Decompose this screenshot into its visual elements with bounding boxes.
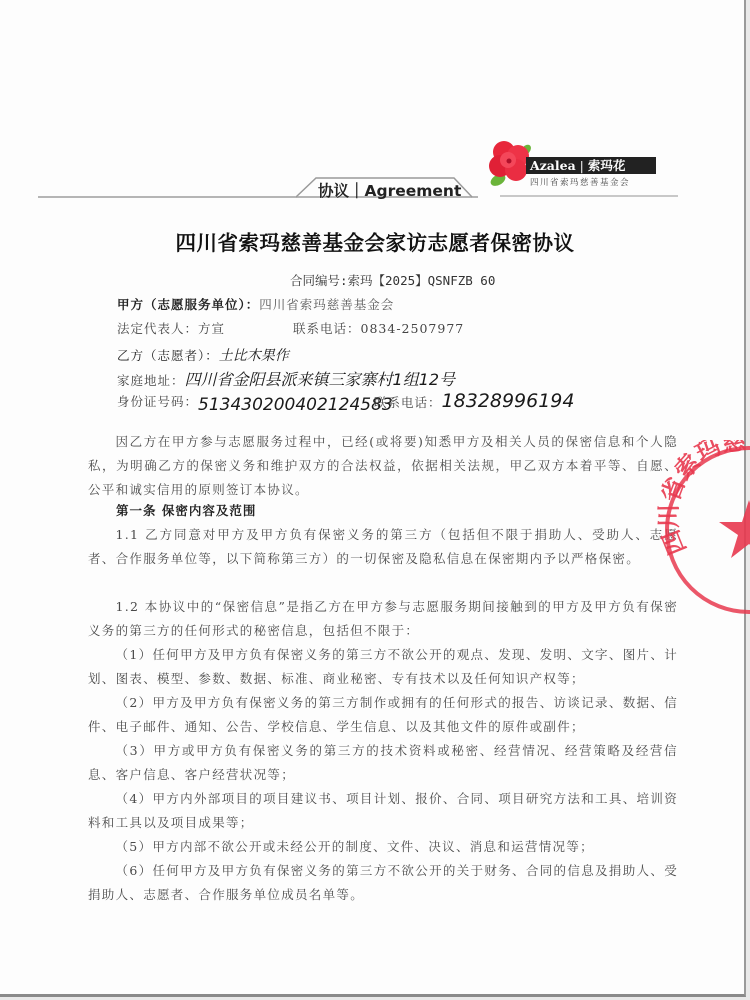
logo-brand-bar: Azalea | 索玛花	[526, 157, 656, 174]
party-a-value: 四川省索玛慈善基金会	[259, 297, 394, 312]
agreement-banner: 协议｜Agreement	[318, 179, 461, 201]
clause-item-3: （3）甲方或甲方负有保密义务的第三方的技术资料或秘密、经营情况、经营策略及经营信…	[88, 739, 678, 787]
legal-rep-value: 方宣	[198, 321, 225, 336]
party-a-row: 甲方（志愿服务单位）：四川省索玛慈善基金会	[117, 295, 394, 313]
party-b-label: 乙方（志愿者）：	[117, 348, 219, 363]
legal-rep-label: 法定代表人：	[117, 321, 198, 336]
party-b-row: 乙方（志愿者）：土比木果作	[117, 345, 289, 365]
party-b-phone-value: 18328996194	[442, 390, 575, 412]
legal-rep-row: 法定代表人：方宣	[117, 319, 225, 337]
clause-item-4: （4）甲方内外部项目的项目建议书、项目计划、报价、合同、项目研究方法和工具、培训…	[88, 787, 678, 835]
party-b-signature: 土比木果作	[219, 348, 289, 364]
clause-item-6: （6）任何甲方及甲方负有保密义务的第三方不欲公开的关于财务、合同的信息及捐助人、…	[88, 859, 678, 907]
party-a-label: 甲方（志愿服务单位）：	[117, 297, 259, 312]
logo-org-subtitle: 四川省索玛慈善基金会	[530, 176, 630, 188]
logo-brand-cn: 索玛花	[588, 158, 626, 173]
contract-number: 合同编号:索玛【2025】QSNFZB 60	[290, 271, 495, 289]
banner-divider-right	[500, 195, 678, 197]
article-1-heading: 第一条 保密内容及范围	[116, 501, 256, 519]
address-label: 家庭地址：	[117, 373, 185, 388]
address-value: 四川省金阳县派来镇三家寨村1组12号	[185, 370, 456, 389]
svg-text:四川省索玛慈: 四川省索玛慈	[657, 440, 747, 559]
clause-item-1: （1）任何甲方及甲方负有保密义务的第三方不欲公开的观点、发现、发明、文字、图片、…	[88, 643, 678, 691]
party-b-phone-label: 联系电话：	[374, 395, 442, 410]
foundation-logo: Azalea | 索玛花 四川省索玛慈善基金会	[486, 138, 676, 194]
party-a-phone-value: 0834-2507977	[361, 321, 465, 336]
clause-item-5: （5）甲方内部不欲公开或未经公开的制度、文件、决议、消息和运营情况等；	[88, 835, 678, 859]
id-value: 513430200402124583	[198, 395, 393, 415]
clause-1-2: 1.2 本协议中的“保密信息”是指乙方在甲方参与志愿服务期间接触到的甲方及甲方负…	[88, 595, 678, 643]
intro-paragraph: 因乙方在甲方参与志愿服务过程中，已经(或将要)知悉甲方及相关人员的保密信息和个人…	[88, 430, 678, 502]
party-a-phone-row: 联系电话：0834-2507977	[293, 319, 464, 337]
official-seal-stamp: 四川省索玛慈	[657, 440, 750, 620]
seal-text: 四川省索玛慈	[657, 440, 747, 559]
logo-brand-en: Azalea	[530, 158, 576, 173]
party-a-phone-label: 联系电话：	[293, 321, 361, 336]
id-row: 身份证号码：513430200402124583	[117, 391, 393, 411]
clause-1-1: 1.1 乙方同意对甲方及甲方负有保密义务的第三方（包括但不限于捐助人、受助人、志…	[88, 523, 678, 571]
document-title: 四川省索玛慈善基金会家访志愿者保密协议	[0, 226, 750, 256]
party-b-phone-row: 联系电话：18328996194	[374, 390, 575, 412]
document-page: Azalea | 索玛花 四川省索玛慈善基金会 协议｜Agreement 四川省…	[0, 0, 746, 997]
address-row: 家庭地址：四川省金阳县派来镇三家寨村1组12号	[117, 367, 455, 390]
id-label: 身份证号码：	[117, 394, 198, 409]
clause-item-2: （2）甲方及甲方负有保密义务的第三方制作或拥有的任何形式的报告、访谈记录、数据、…	[88, 691, 678, 739]
